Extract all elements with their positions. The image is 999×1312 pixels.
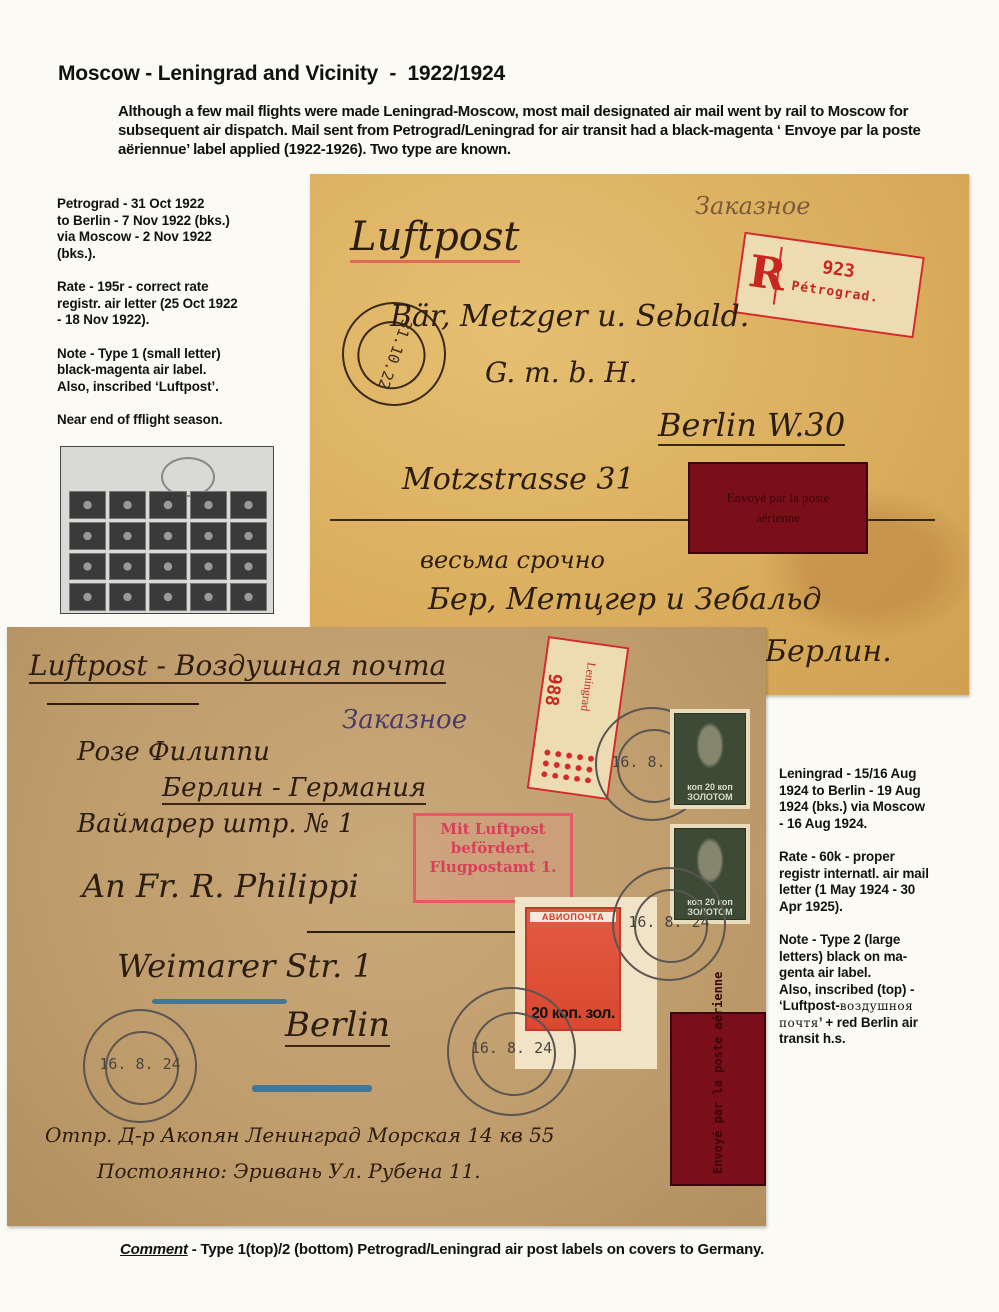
postmark-date: 16. 8. 24 (449, 1039, 574, 1057)
registration-number: 923 (821, 257, 856, 282)
cover-top-notes: Petrograd - 31 Oct 1922 to Berlin - 7 No… (57, 196, 282, 446)
underline-rule (307, 931, 517, 933)
address-line-4: Motzstrasse 31 (402, 462, 635, 497)
postmark-date: 16. 8. 24 (85, 1055, 195, 1073)
registration-label: R 923 Pétrograd. (733, 232, 925, 339)
cover-bottom-notes: Leningrad - 15/16 Aug 1924 to Berlin - 1… (779, 766, 979, 1065)
season-note: Near end of fflight season. (57, 412, 282, 429)
postmark-date: 16. 8. 24 (614, 913, 724, 931)
cover-top-petrograd-1922: Заказное Luftpost R 923 Pétrograd. 31.10… (310, 174, 969, 695)
registration-office: Pétrograd. (790, 279, 880, 306)
blue-crayon-mark (252, 1085, 372, 1092)
diamond-pattern (539, 746, 599, 784)
blue-crayon-mark (152, 999, 287, 1004)
berlin-air-transit-handstamp: Mit Luftpost befördert. Flugpostamt 1. (413, 813, 573, 903)
reverse-stamp-block-photo (60, 446, 274, 614)
cover-bottom-leningrad-1924: Luftpost - Воздушная почта Заказное Розе… (7, 627, 766, 1226)
registration-office: Leningrad (577, 661, 599, 712)
cyrillic-line-3: Берлин. (765, 634, 892, 669)
registration-r-glyph: R (745, 243, 783, 305)
route-note: Leningrad - 15/16 Aug 1924 to Berlin - 1… (779, 766, 979, 832)
address-cyr-line-2: Берлин - Германия (162, 773, 426, 805)
registration-number: 988 (540, 672, 565, 707)
intro-paragraph: Although a few mail flights were made Le… (118, 102, 938, 159)
sender-line-2: Постоянно: Эривань Ул. Рубена 11. (97, 1159, 481, 1183)
rate-note: Rate - 60k - proper registr internatl. a… (779, 849, 979, 915)
leningrad-postmark-2: 16. 8. 24 (83, 1009, 197, 1123)
stamp-block (69, 491, 267, 611)
air-label-type1: Envoyé par la poste aérienne (688, 462, 868, 554)
leningrad-postmark-3: 16. 8. 24 (447, 987, 576, 1116)
comment-caption: Comment - Type 1(top)/2 (bottom) Petrogr… (120, 1241, 764, 1258)
leningrad-postmark-4: 16. 8. 24 (612, 867, 726, 981)
comment-label: Comment (120, 1241, 188, 1258)
registered-manuscript: Заказное (342, 705, 467, 735)
comment-text: - Type 1(top)/2 (bottom) Petrograd/Lenin… (188, 1241, 764, 1258)
cyrillic-line-2: Бер, Метцгер и Зебальд (428, 582, 822, 617)
page-title: Moscow - Leningrad and Vicinity - 1922/1… (58, 62, 505, 86)
type-note: Note - Type 1 (small letter) black-magen… (57, 346, 282, 396)
address-line-1: Bär, Metzger u. Sebald. (390, 299, 749, 334)
rate-note: Rate - 195r - correct rate registr. air … (57, 279, 282, 329)
air-label-type2: Envoyé par la poste aérienne (670, 1012, 766, 1186)
address-line-3: Berlin W.30 (658, 406, 845, 446)
address-de-line-1: An Fr. R. Philippi (82, 867, 359, 905)
luftpost-inscription: Luftpost - Воздушная почта (29, 649, 446, 684)
address-de-line-3: Berlin (285, 1005, 390, 1047)
address-line-2: G. m. b. H. (485, 356, 638, 389)
route-note: Petrograd - 31 Oct 1922 to Berlin - 7 No… (57, 196, 282, 262)
address-de-line-2: Weimarer Str. 1 (117, 947, 373, 985)
address-cyr-line-1: Розе Филиппи (77, 737, 270, 767)
luftpost-inscription: Luftpost (350, 214, 520, 263)
sender-line-1: Отпр. Д-р Акопян Ленинград Морская 14 кв… (45, 1123, 555, 1147)
type-note: Note - Type 2 (large letters) black on m… (779, 932, 979, 1048)
definitive-stamp-20k-1: коп 20 копЗОЛОТОМ (670, 709, 750, 809)
registered-manuscript: Заказное (695, 192, 810, 220)
underline-rule (47, 703, 199, 705)
address-cyr-line-3: Ваймарер штр. № 1 (77, 809, 354, 839)
cyrillic-line-1: весьма срочно (420, 546, 605, 574)
